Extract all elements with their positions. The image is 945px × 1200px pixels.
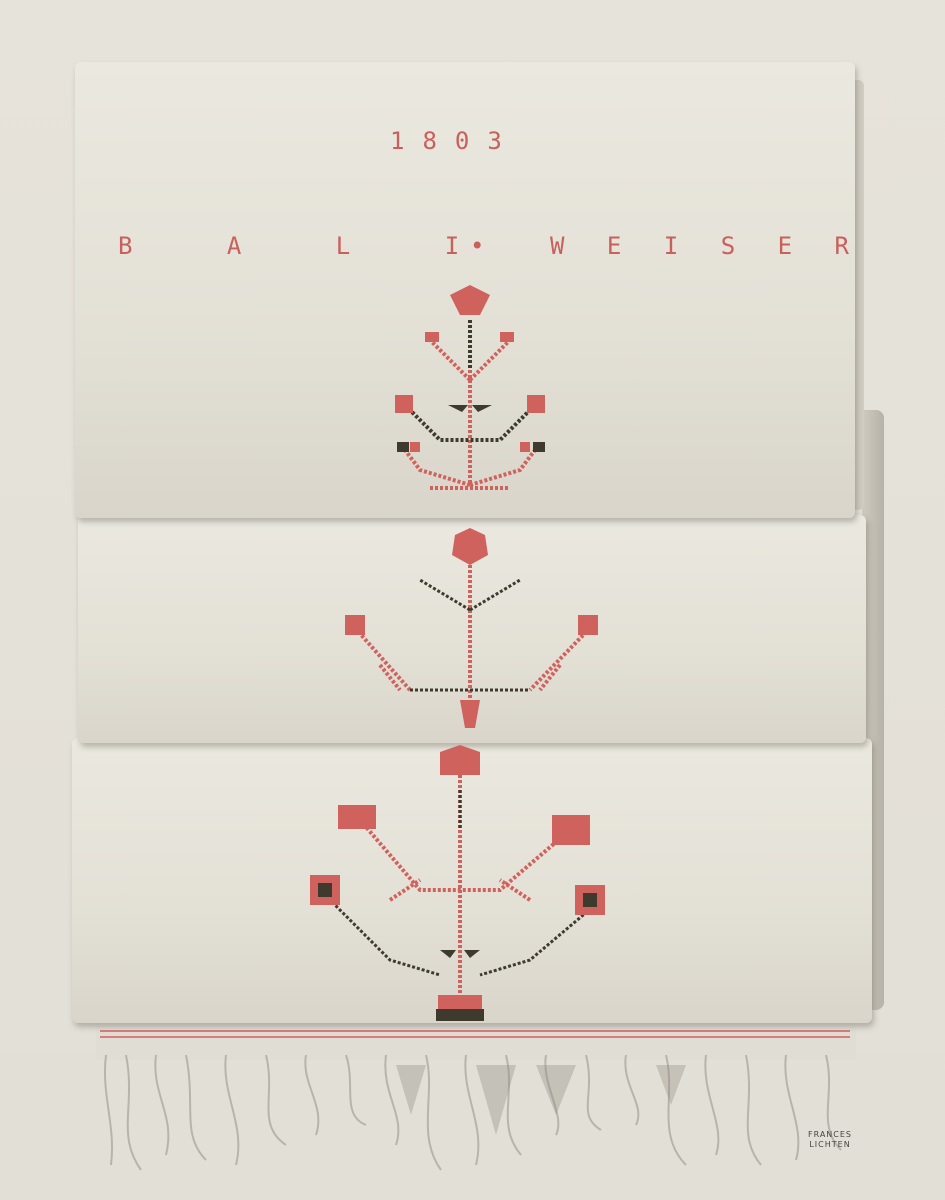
tree-motif-middle: [355, 560, 590, 720]
signature-line-2: LICHTEN: [808, 1140, 852, 1150]
signature-line-1: FRANCES: [808, 1130, 852, 1140]
embroidery-motifs: [0, 0, 945, 1200]
artist-signature: FRANCES LICHTEN: [808, 1130, 852, 1150]
tree-motif-bottom: [360, 770, 570, 995]
painting-canvas: 1803 B A L I • W E I S E R: [0, 0, 945, 1200]
